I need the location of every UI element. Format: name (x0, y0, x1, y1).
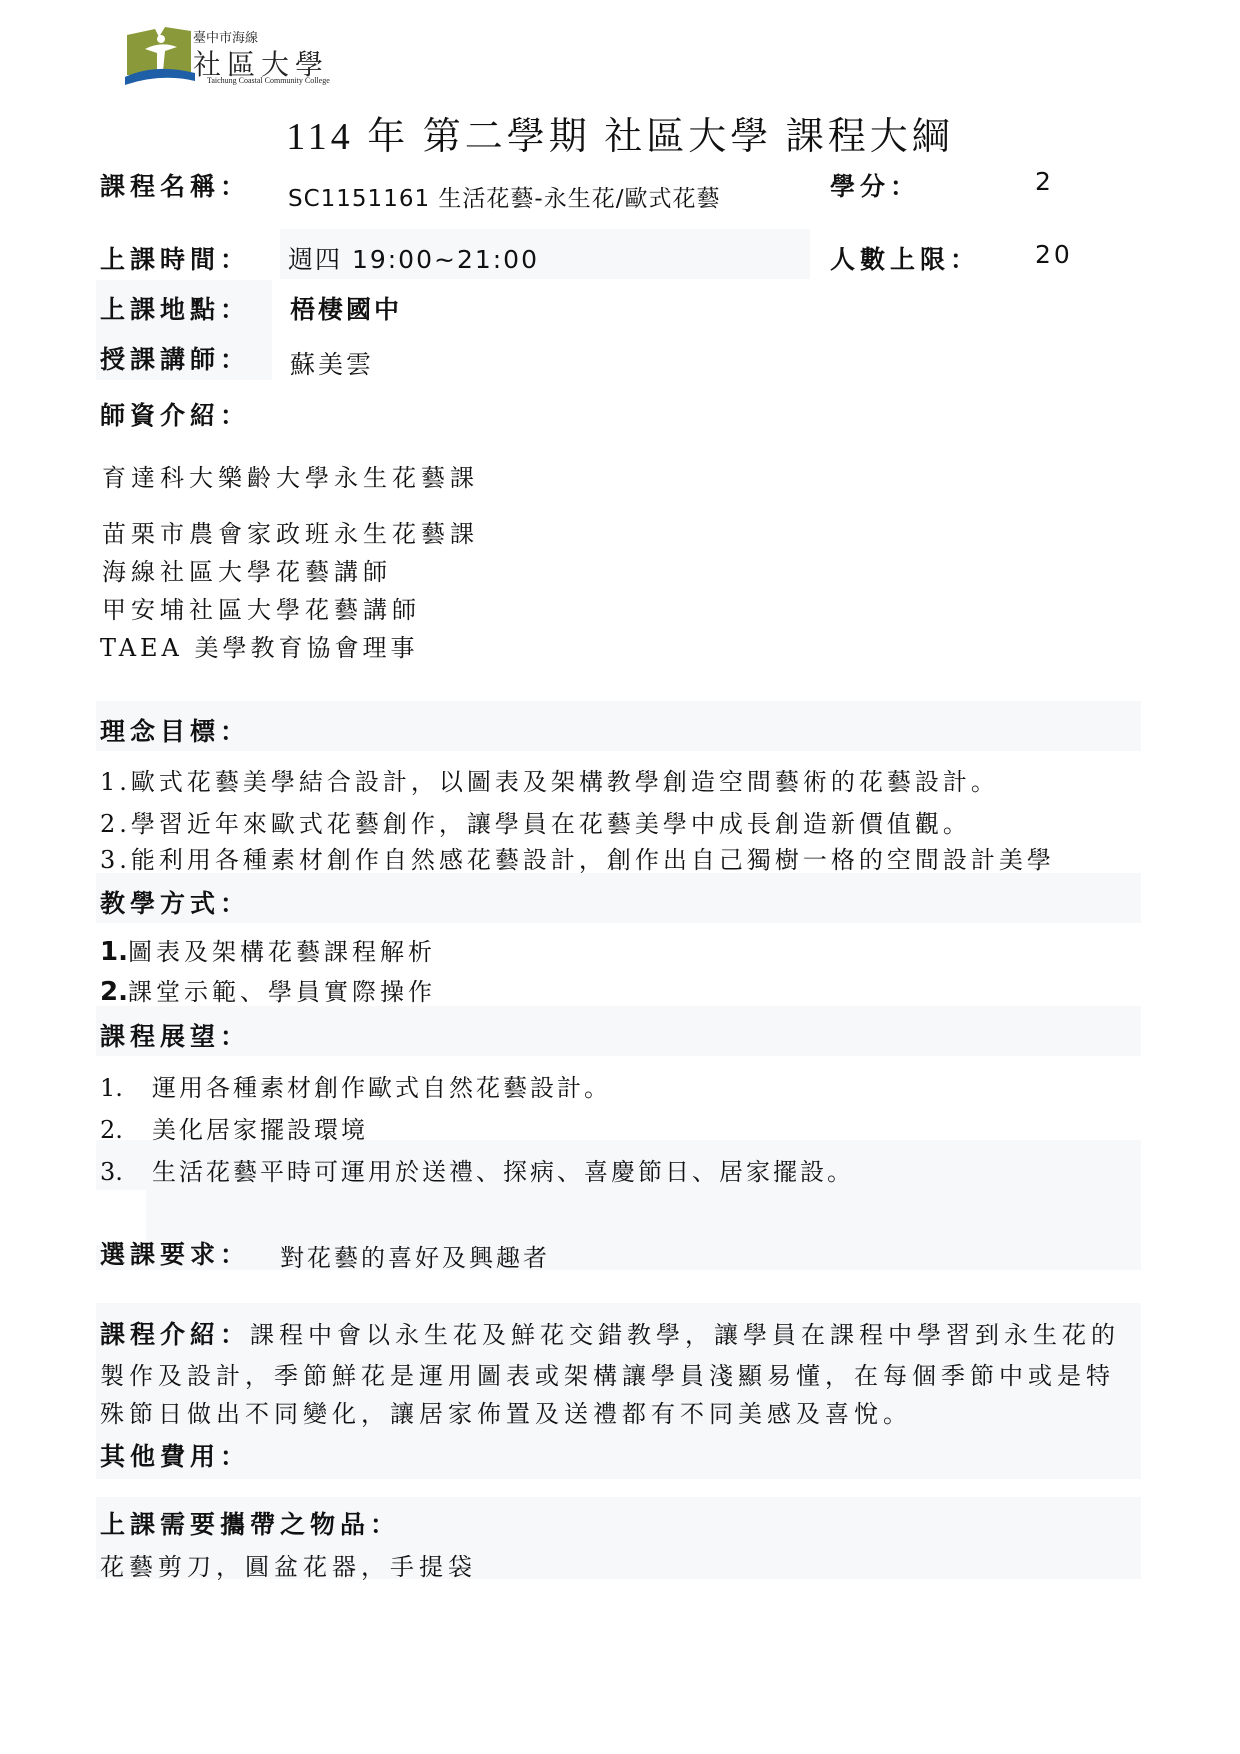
location-value: 梧棲國中 (290, 290, 402, 326)
course-name-value: SC1151161 生活花藝-永生花/歐式花藝 (288, 180, 720, 213)
capacity-label: 人數上限： (830, 240, 980, 276)
teacher-label: 授課講師： (100, 340, 250, 376)
credits-value: 2 (1035, 167, 1054, 196)
bring-value: 花藝剪刀，圓盆花器，手提袋 (100, 1547, 477, 1582)
bio-line: 海線社區大學花藝講師 (102, 552, 392, 587)
requirements-label: 選課要求： (100, 1235, 250, 1271)
college-logo: 臺中市海線 社區大學 Taichung Coastal Community Co… (125, 25, 355, 90)
intro-line: 殊節日做出不同變化，讓居家佈置及送禮都有不同美感及喜悅。 (100, 1394, 912, 1429)
bring-label: 上課需要攜帶之物品： (100, 1505, 400, 1541)
outlook-label: 課程展望： (100, 1017, 250, 1053)
method-item: 1.圖表及架構花藝課程解析 (100, 932, 436, 967)
outlook-item: 3.生活花藝平時可運用於送禮、探病、喜慶節日、居家擺設。 (100, 1152, 854, 1187)
bio-line: TAEA 美學教育協會理事 (100, 628, 419, 663)
bio-line: 苗栗市農會家政班永生花藝課 (102, 514, 479, 549)
outlook-item: 1.運用各種素材創作歐式自然花藝設計。 (100, 1068, 611, 1103)
course-name-label: 課程名稱： (100, 167, 250, 203)
page-title: 114 年 第二學期 社區大學 課程大綱 (0, 105, 1240, 160)
methods-label: 教學方式： (100, 884, 250, 920)
goal-item: 1.歐式花藝美學結合設計，以圖表及架構教學創造空間藝術的花藝設計。 (100, 762, 999, 797)
goal-item: 2.學習近年來歐式花藝創作，讓學員在花藝美學中成長創造新價值觀。 (100, 804, 971, 839)
time-label: 上課時間： (100, 240, 250, 276)
bio-label: 師資介紹： (100, 396, 250, 432)
logo-book-icon (125, 25, 195, 85)
goals-label: 理念目標： (100, 712, 250, 748)
logo-english-text: Taichung Coastal Community College (207, 76, 330, 85)
requirements-value: 對花藝的喜好及興趣者 (280, 1238, 550, 1273)
goal-item: 3.能利用各種素材創作自然感花藝設計，創作出自己獨樹一格的空間設計美學 (100, 840, 1055, 875)
capacity-value: 20 (1035, 240, 1073, 269)
intro-line: 製作及設計，季節鮮花是運用圖表或架構讓學員淺顯易懂，在每個季節中或是特 (100, 1356, 1115, 1391)
bio-line: 育達科大樂齡大學永生花藝課 (102, 458, 479, 493)
teacher-value: 蘇美雲 (290, 345, 374, 381)
fees-label: 其他費用： (100, 1437, 250, 1473)
bio-line: 甲安埔社區大學花藝講師 (102, 590, 421, 625)
time-value: 週四 19:00~21:00 (288, 240, 539, 276)
outlook-header-shade (96, 1006, 1141, 1056)
location-label: 上課地點： (100, 290, 250, 326)
credits-label: 學分： (830, 167, 920, 203)
goals-header-shade (96, 701, 1141, 751)
intro-first-line: 課程介紹：課程中會以永生花及鮮花交錯教學，讓學員在課程中學習到永生花的 (100, 1315, 1120, 1351)
methods-header-shade (96, 873, 1141, 923)
intro-label: 課程介紹： (100, 1320, 250, 1349)
outlook-item: 2.美化居家擺設環境 (100, 1110, 368, 1145)
method-item: 2.課堂示範、學員實際操作 (100, 972, 436, 1007)
